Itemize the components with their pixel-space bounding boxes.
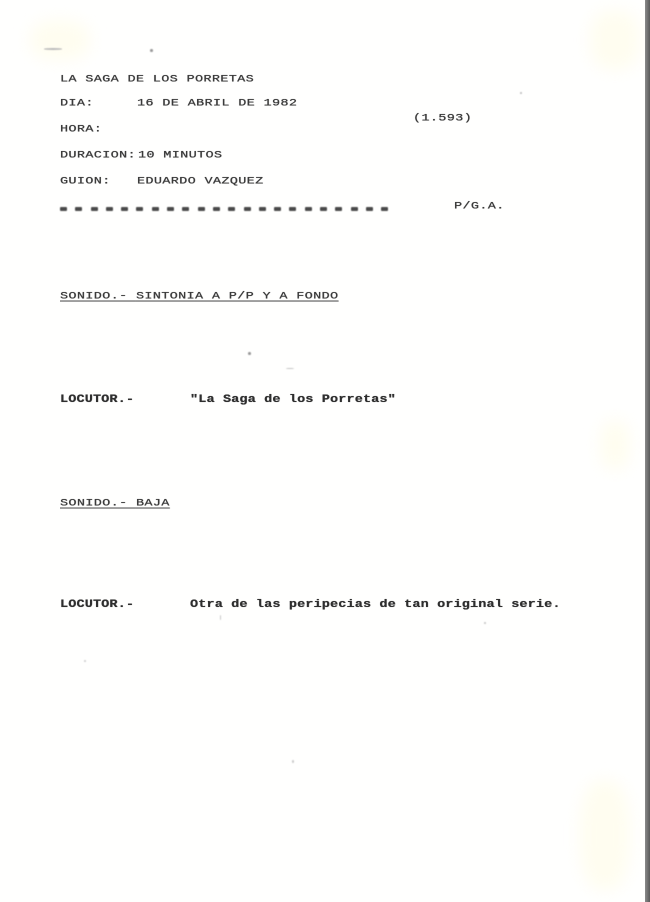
separator-dash (289, 207, 296, 211)
sound-cue-1: SONIDO.- SINTONIA A P/P Y A FONDO (60, 291, 338, 303)
separator-dash (366, 207, 373, 211)
sound-cue-2: SONIDO.- BAJA (60, 498, 170, 510)
paper-speck (292, 760, 294, 763)
paper-speck (44, 48, 62, 50)
separator-dash (213, 207, 220, 211)
paper-stain (600, 420, 630, 470)
paper-stain (590, 10, 640, 70)
speaker-label-1: LOCUTOR.- (60, 394, 134, 407)
program-title: LA SAGA DE LOS PORRETAS (60, 74, 254, 86)
guion-value: EDUARDO VAZQUEZ (137, 176, 264, 188)
reference-number: (1.593) (413, 113, 472, 125)
separator-dash (167, 207, 174, 211)
document-page: LA SAGA DE LOS PORRETAS DIA: 16 DE ABRIL… (0, 0, 645, 902)
sound-label: SONIDO.- (60, 291, 128, 303)
separator-dash (244, 207, 251, 211)
separator-dash (152, 207, 159, 211)
speaker-label-2: LOCUTOR.- (60, 599, 134, 612)
separator-dash (121, 207, 128, 211)
separator-dash (60, 207, 67, 211)
separator-dash (91, 207, 98, 211)
scan-border (645, 0, 650, 902)
separator-dash (75, 207, 82, 211)
hora-label: HORA: (60, 124, 102, 136)
paper-speck (248, 352, 251, 355)
duracion-label: DURACION: (60, 150, 136, 162)
separator-dash (381, 207, 388, 211)
paper-stain (580, 780, 630, 890)
separator-line (60, 207, 397, 211)
sound-label: SONIDO.- (60, 498, 128, 510)
paper-speck (520, 92, 522, 94)
separator-dash (198, 207, 205, 211)
separator-dash (274, 207, 281, 211)
separator-dash (106, 207, 113, 211)
paper-speck (84, 660, 86, 662)
speaker-line-1: "La Saga de los Porretas" (190, 394, 396, 407)
sound-text: SINTONIA A P/P Y A FONDO (136, 291, 338, 303)
paper-speck (484, 622, 486, 624)
separator-dash (351, 207, 358, 211)
separator-dash (259, 207, 266, 211)
separator-dash (335, 207, 342, 211)
sound-text: BAJA (136, 498, 170, 510)
guion-label: GUION: (60, 176, 111, 188)
dia-label: DIA: (60, 98, 94, 110)
duracion-value: 10 MINUTOS (138, 150, 222, 162)
separator-dash (182, 207, 189, 211)
paper-speck (220, 615, 221, 620)
paper-stain (30, 20, 90, 60)
author-initials: P/G.A. (454, 201, 505, 213)
separator-dash (320, 207, 327, 211)
paper-speck (150, 49, 153, 52)
dia-value: 16 DE ABRIL DE 1982 (137, 98, 297, 110)
speaker-line-2: Otra de las peripecias de tan original s… (190, 599, 561, 612)
separator-dash (136, 207, 143, 211)
separator-dash (305, 207, 312, 211)
separator-dash (228, 207, 235, 211)
paper-speck (286, 368, 294, 369)
